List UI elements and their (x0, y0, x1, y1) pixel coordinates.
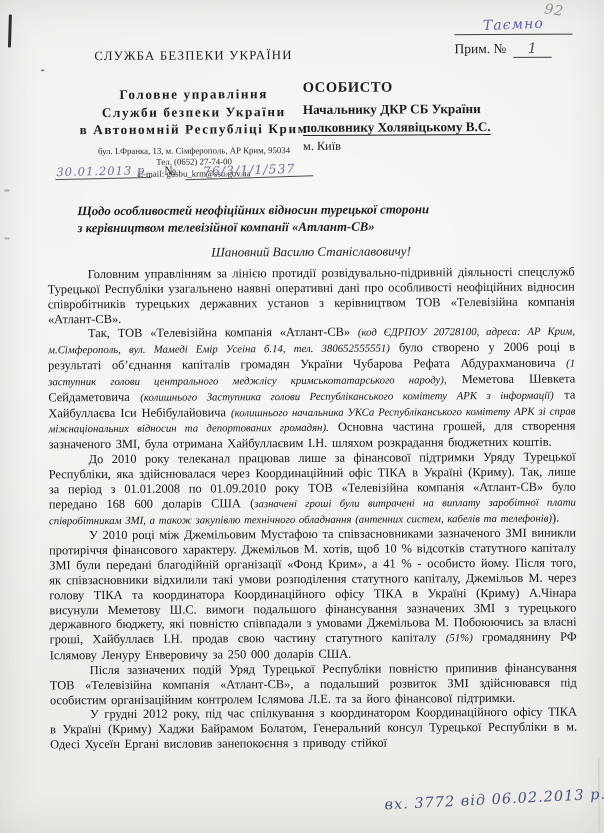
body-segment: Після зазначених подій Уряд Турецької Ре… (50, 661, 577, 707)
outgoing-number-handwritten: 76/3/1/1/537 (185, 160, 313, 180)
body-segment: У грудні 2012 року, під час спілкування … (50, 705, 577, 751)
body-paragraph: Так, ТОВ «Телевізійна компанія «Атлант-С… (48, 324, 576, 453)
personal-marking: ОСОБИСТО (303, 79, 573, 97)
body-segment-italic: (51%) (446, 632, 473, 644)
body-paragraph: До 2010 року телеканал працював лише за … (49, 450, 576, 529)
recipient-position: Начальнику ДКР СБ України (303, 100, 573, 119)
date-handwritten: 30.01.2013 р. (55, 163, 151, 180)
scanned-letter-page: 92 Таємно Прим. № 1 СЛУЖБА БЕЗПЕКИ УКРАЇ… (0, 0, 604, 833)
organization-name: СЛУЖБА БЕЗПЕКИ УКРАЇНИ (51, 48, 337, 64)
secrecy-marking: Таємно (454, 17, 572, 36)
body-segment: ). (552, 510, 559, 524)
subject-block: Щодо особливостей неофіційних відносин т… (77, 201, 547, 237)
division-line: Служби безпеки України (51, 102, 337, 121)
body-segment-italic: (колишнього Заступника голови Республіка… (140, 389, 554, 403)
scan-artifact-speck (41, 69, 45, 71)
division-name: Головне управління Служби безпеки Україн… (51, 85, 337, 139)
reference-line: 30.01.2013 р. № 76/3/1/1/537 (55, 162, 355, 180)
copy-number-handwritten: 1 (514, 41, 552, 58)
body-paragraph: Після зазначених подій Уряд Турецької Ре… (50, 661, 577, 708)
body-paragraph: У грудні 2012 року, під час спілкування … (50, 705, 577, 752)
number-sign: № (164, 164, 176, 178)
body-segment: У 2010 році між Джемільовим Мустафою та … (49, 526, 576, 647)
salutation: Шановний Василю Станіславовичу! (48, 243, 575, 262)
incoming-registration-note: вх. 3772 від 06.02.2013 р. (384, 787, 604, 814)
copy-number-line: Прим. № 1 (454, 41, 574, 59)
copy-label: Прим. № (454, 41, 506, 56)
scan-artifact-stroke (8, 14, 11, 47)
body-segment: Головним управлінням за лінією протидії … (48, 265, 575, 326)
division-line: Головне управління (51, 85, 337, 104)
body-paragraph: Головним управлінням за лінією протидії … (48, 265, 575, 327)
division-line: в Автономній Республіці Крим (51, 120, 337, 139)
body-paragraph: У 2010 році між Джемільовим Мустафою та … (49, 526, 577, 663)
body-segment: Так, ТОВ «Телевізійна компанія «Атлант-С… (88, 325, 358, 340)
recipient-city: м. Київ (303, 138, 573, 154)
secrecy-note-handwritten: Таємно (454, 15, 573, 36)
scan-artifact-dash (4, 190, 9, 192)
recipient-block: ОСОБИСТО Начальнику ДКР СБ України полко… (303, 79, 573, 154)
scan-artifact-dash (4, 238, 9, 240)
subject-line: з керівництвом телевізійної компанії «Ат… (77, 218, 547, 237)
letter-body: Головним управлінням за лінією протидії … (48, 265, 578, 753)
recipient-name: полковнику Холявіцькому В.С. (303, 118, 573, 137)
